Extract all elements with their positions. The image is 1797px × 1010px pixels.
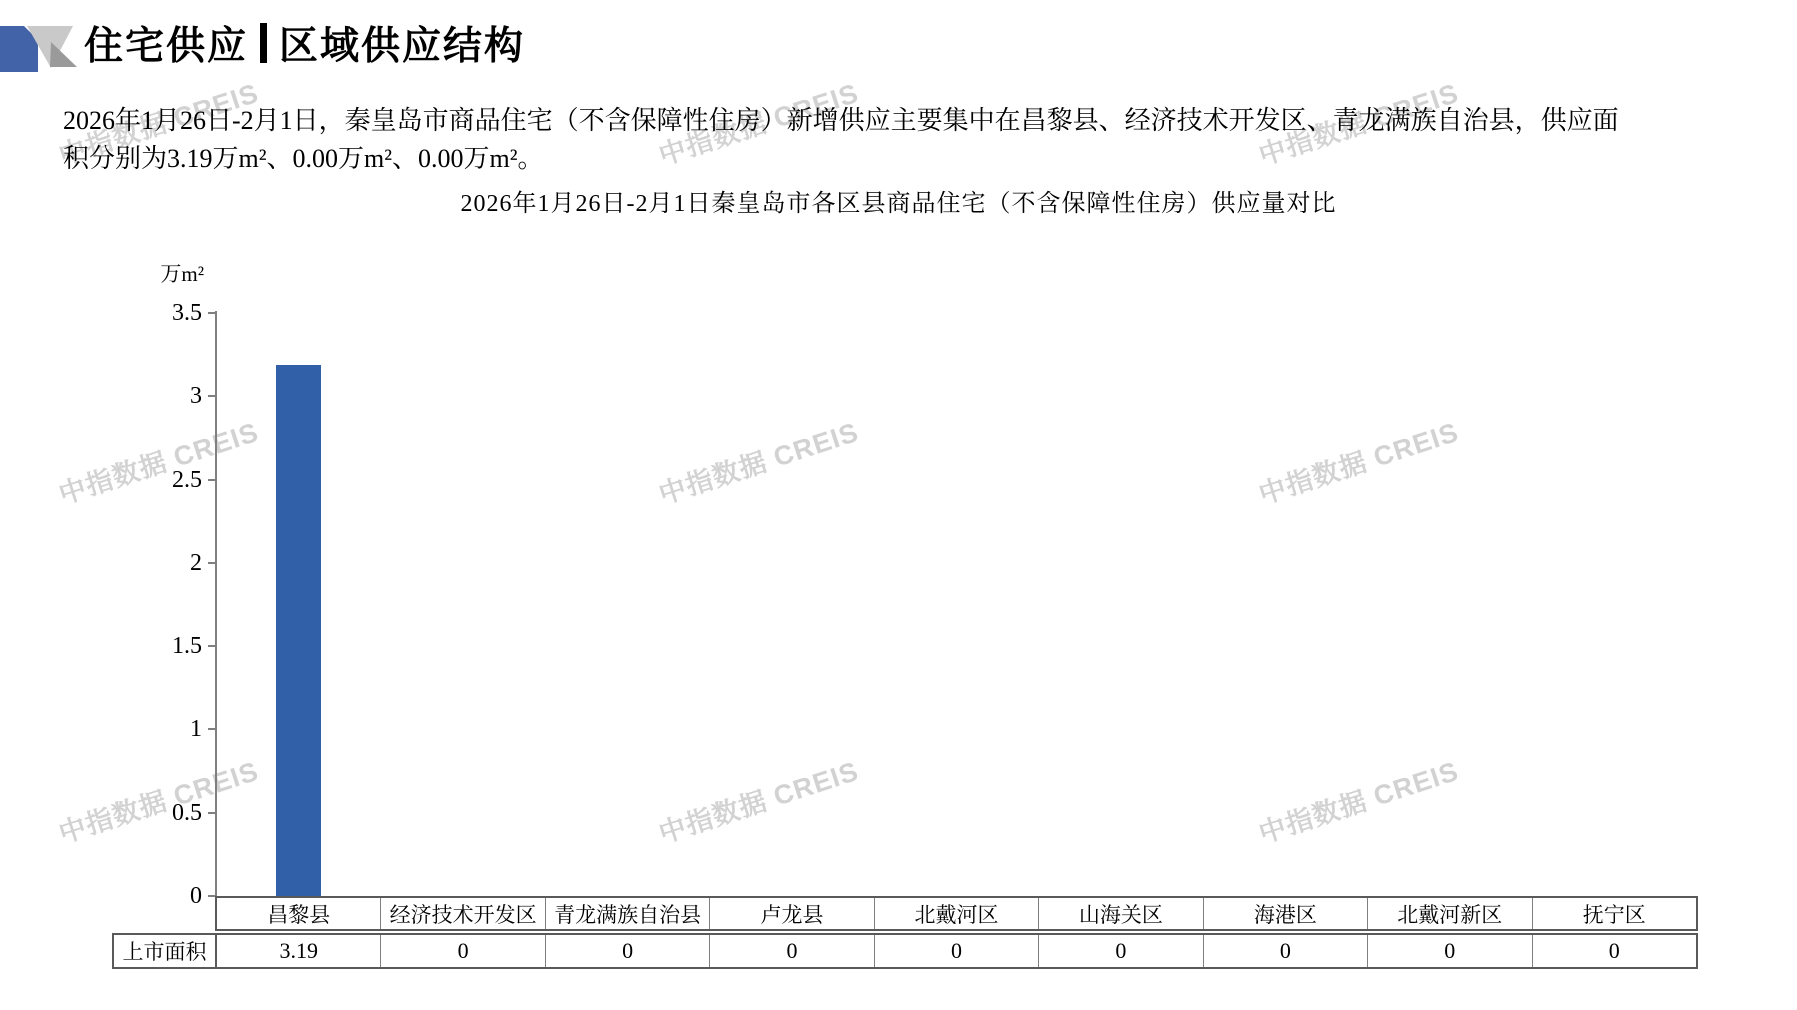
y-axis-tick bbox=[208, 812, 216, 814]
y-axis-tick bbox=[208, 728, 216, 730]
y-axis-tick-label: 3 bbox=[110, 382, 202, 410]
table-value-cell: 0 bbox=[1204, 935, 1368, 967]
table-value-cell: 0 bbox=[546, 935, 710, 967]
y-axis-tick-label: 2 bbox=[110, 549, 202, 577]
y-axis-tick-label: 3.5 bbox=[110, 299, 202, 327]
table-header-cell: 青龙满族自治县 bbox=[546, 898, 710, 929]
table-header-row: 昌黎县经济技术开发区青龙满族自治县卢龙县北戴河区山海关区海港区北戴河新区抚宁区 bbox=[215, 896, 1698, 931]
table-header-cell: 海港区 bbox=[1204, 898, 1368, 929]
y-axis-tick bbox=[208, 312, 216, 314]
y-axis-tick bbox=[208, 562, 216, 564]
y-axis-tick-label: 0 bbox=[110, 882, 202, 910]
table-value-cell: 0 bbox=[381, 935, 545, 967]
table-header-cell: 北戴河区 bbox=[875, 898, 1039, 929]
y-axis-unit-label: 万m² bbox=[120, 258, 204, 288]
report-page: 中指数据 CREIS中指数据 CREIS中指数据 CREIS中指数据 CREIS… bbox=[0, 0, 1797, 1010]
table-value-cell: 0 bbox=[1368, 935, 1532, 967]
table-header-cell: 昌黎县 bbox=[217, 898, 381, 929]
y-axis-tick-label: 2.5 bbox=[110, 466, 202, 494]
table-header-cell: 卢龙县 bbox=[710, 898, 874, 929]
table-header-cell: 抚宁区 bbox=[1533, 898, 1696, 929]
table-value-cell: 0 bbox=[1039, 935, 1203, 967]
table-value-cell: 3.19 bbox=[217, 935, 381, 967]
report-content: 住宅供应 区域供应结构 2026年1月26日-2月1日，秦皇岛市商品住宅（不含保… bbox=[0, 0, 1797, 1010]
bar-昌黎县 bbox=[276, 365, 321, 896]
y-axis-line bbox=[215, 311, 217, 897]
y-axis-tick-label: 0.5 bbox=[110, 799, 202, 827]
table-header-cell: 山海关区 bbox=[1039, 898, 1203, 929]
y-axis-tick-label: 1.5 bbox=[110, 632, 202, 660]
table-value-cell: 0 bbox=[710, 935, 874, 967]
table-row-label: 上市面积 bbox=[114, 935, 217, 967]
table-header-cell: 经济技术开发区 bbox=[381, 898, 545, 929]
table-header-cell: 北戴河新区 bbox=[1368, 898, 1532, 929]
table-value-cell: 0 bbox=[875, 935, 1039, 967]
table-value-cell: 0 bbox=[1533, 935, 1696, 967]
y-axis-tick-label: 1 bbox=[110, 715, 202, 743]
plot-area: 万m² 00.511.522.533.5 bbox=[0, 0, 1797, 1010]
y-axis-tick bbox=[208, 645, 216, 647]
table-value-row: 上市面积 3.1900000000 bbox=[112, 933, 1698, 969]
y-axis-tick bbox=[208, 395, 216, 397]
y-axis-tick bbox=[208, 479, 216, 481]
